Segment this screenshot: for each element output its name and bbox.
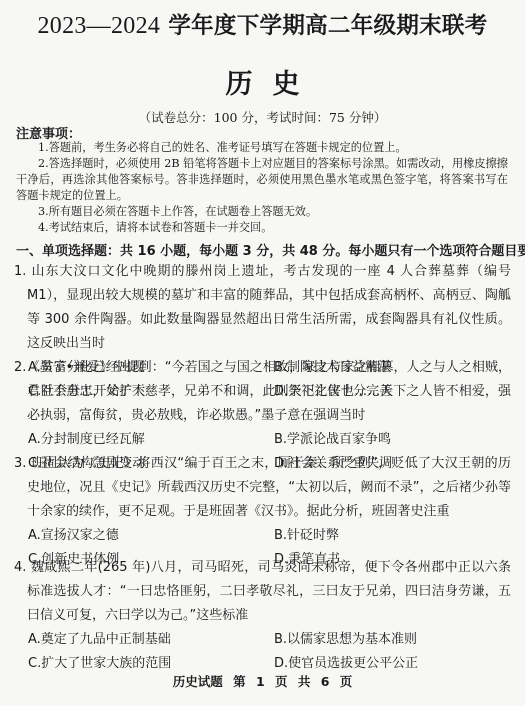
exam-page: 2023—2024 学年度下学期高二年级期末联考 历史 （试卷总分：100 分，… [0, 0, 525, 706]
question-4: 4. 魏咸熙二年(265 年)八月，司马昭死，司马炎尚未称帝，便下令各州郡中正以… [14, 556, 511, 676]
notice-list: 1.答题前，考生务必将自己的姓名、准考证号填写在答题卡规定的位置上。 2.答选择… [16, 140, 508, 236]
option-b: B.学派论战百家争鸣 [274, 428, 520, 452]
notice-item: 1.答题前，考生务必将自己的姓名、准考证号填写在答题卡规定的位置上。 [16, 140, 508, 156]
exam-title-text: 学年度下学期高二年级期末联考 [168, 13, 487, 39]
exam-title: 2023—2024 学年度下学期高二年级期末联考 [0, 8, 525, 40]
question-options: A.奠定了九品中正制基础 B.以儒家思想为基本准则 C.扩大了世家大族的范围 D… [14, 628, 511, 676]
subject-title: 历史 [0, 62, 525, 101]
page-footer: 历史试题 第 1 页 共 6 页 [0, 672, 525, 690]
section-title: 一、单项选择题：共 16 小题，每小题 3 分，共 48 分。每小题只有一个选项… [16, 240, 525, 259]
notice-item: 4.考试结束后，请将本试卷和答题卡一并交回。 [16, 220, 508, 236]
option-b: B.以儒家思想为基本准则 [274, 628, 520, 652]
page-number: 第 1 页 [233, 674, 287, 689]
question-stem: 2.《墨子•兼爱》中提到：“今若国之与国之相攻，家之与家之相篡，人之与人之相贼，… [14, 356, 511, 428]
page-total: 共 6 页 [298, 674, 352, 689]
option-a: A.奠定了九品中正制基础 [28, 628, 274, 652]
question-3: 3. 班固认为《史记》将西汉“编于百王之末，厕于秦、项之列”，贬低了大汉王朝的历… [14, 452, 511, 572]
option-b: B.针砭时弊 [274, 524, 520, 548]
footer-label: 历史试题 [173, 674, 223, 689]
option-a: A.分封制度已经瓦解 [28, 428, 274, 452]
question-stem: 4. 魏咸熙二年(265 年)八月，司马昭死，司马炎尚未称帝，便下令各州郡中正以… [14, 556, 511, 628]
question-stem: 3. 班固认为《史记》将西汉“编于百王之末，厕于秦、项之列”，贬低了大汉王朝的历… [14, 452, 511, 524]
notice-item: 3.所有题目必须在答题卡上作答，在试题卷上答题无效。 [16, 204, 508, 220]
notice-item: 2.答选择题时，必须使用 2B 铅笔将答题卡上对应题目的答案标号涂黑。如需改动，… [16, 156, 508, 204]
exam-year-range: 2023—2024 [37, 13, 160, 39]
question-stem: 1. 山东大汶口文化中晚期的滕州岗上遗址，考古发现的一座 4 人合葬墓葬（编号 … [14, 260, 511, 356]
option-a: A.宣扬汉家之德 [28, 524, 274, 548]
